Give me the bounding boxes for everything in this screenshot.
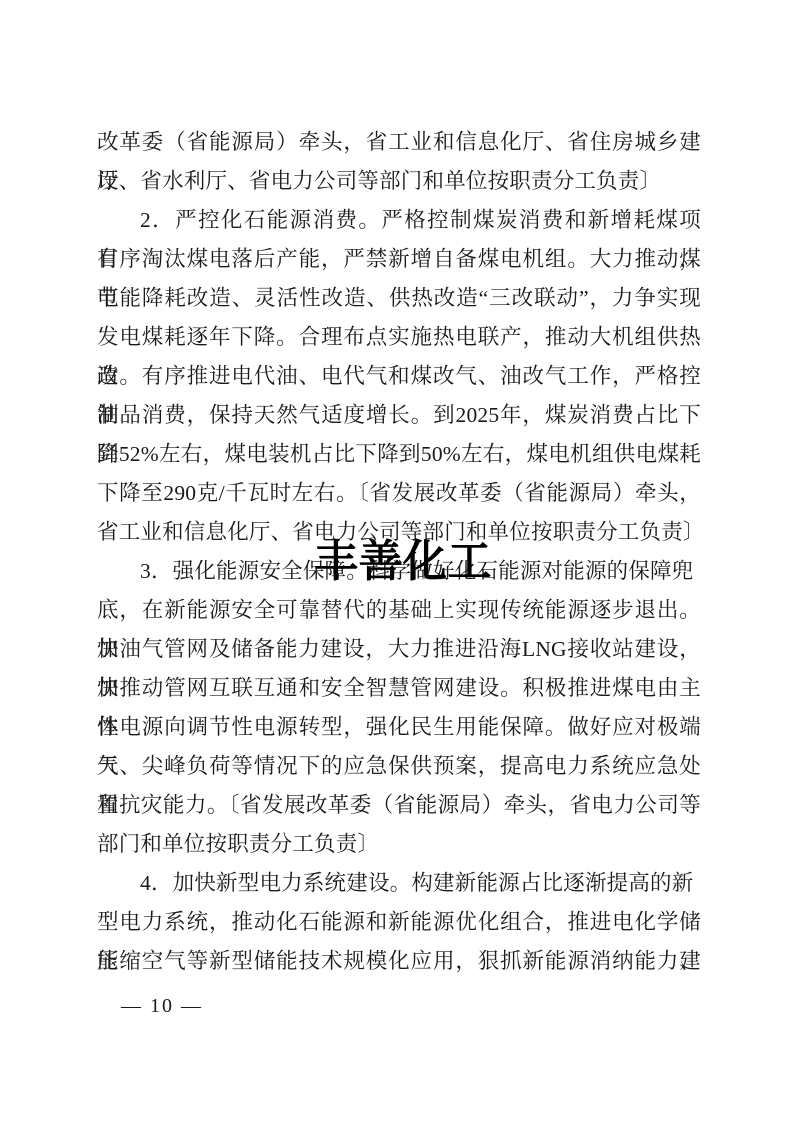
text-line: 部门和单位按职责分工负责〕 <box>97 825 701 864</box>
text-line: 型电力系统，推动化石能源和新能源优化组合，推进电化学储能、 <box>97 903 701 942</box>
text-line: 压缩空气等新型储能技术规模化应用，狠抓新能源消纳能力建 <box>97 942 701 981</box>
text-line: 4．加快新型电力系统建设。构建新能源占比逐渐提高的新 <box>97 864 701 903</box>
text-line: 下降至290克/千瓦时左右。〔省发展改革委（省能源局）牵头， <box>97 474 701 513</box>
text-line: 气、尖峰负荷等情况下的应急保供预案，提高电力系统应急处置 <box>97 747 701 786</box>
text-line: 造。有序推进电代油、电代气和煤改气、油改气工作，严格控制 <box>97 357 701 396</box>
text-line: 厅、省水利厅、省电力公司等部门和单位按职责分工负责〕 <box>97 162 701 201</box>
text-line: 节能降耗改造、灵活性改造、供热改造“三改联动”，力争实现 <box>97 279 701 318</box>
text-line: 底，在新能源安全可靠替代的基础上实现传统能源逐步退出。加 <box>97 591 701 630</box>
text-line: 发电煤耗逐年下降。合理布点实施热电联产，推动大机组供热改 <box>97 318 701 357</box>
text-line: 油品消费，保持天然气适度增长。到2025年，煤炭消费占比下降 <box>97 396 701 435</box>
text-line: 和抗灾能力。〔省发展改革委（省能源局）牵头，省电力公司等 <box>97 786 701 825</box>
watermark-text: 丰善化工 <box>314 540 492 584</box>
text-line: 到52%左右，煤电装机占比下降到50%左右，煤电机组供电煤耗 <box>97 435 701 474</box>
text-line: 性电源向调节性电源转型，强化民生用能保障。做好应对极端天 <box>97 708 701 747</box>
text-line: 有序淘汰煤电落后产能，严禁新增自备煤电机组。大力推动煤电 <box>97 240 701 279</box>
document-page: 改革委（省能源局）牵头，省工业和信息化厅、省住房城乡建设厅、省水利厅、省电力公司… <box>0 0 794 1123</box>
text-line: 快油气管网及储备能力建设，大力推进沿海LNG接收站建设，加 <box>97 630 701 669</box>
text-line: 快推动管网互联互通和安全智慧管网建设。积极推进煤电由主体 <box>97 669 701 708</box>
text-line: 2．严控化石能源消费。严格控制煤炭消费和新增耗煤项目， <box>97 201 701 240</box>
page-number: — 10 — <box>121 995 203 1018</box>
text-line: 改革委（省能源局）牵头，省工业和信息化厅、省住房城乡建设 <box>97 123 701 162</box>
